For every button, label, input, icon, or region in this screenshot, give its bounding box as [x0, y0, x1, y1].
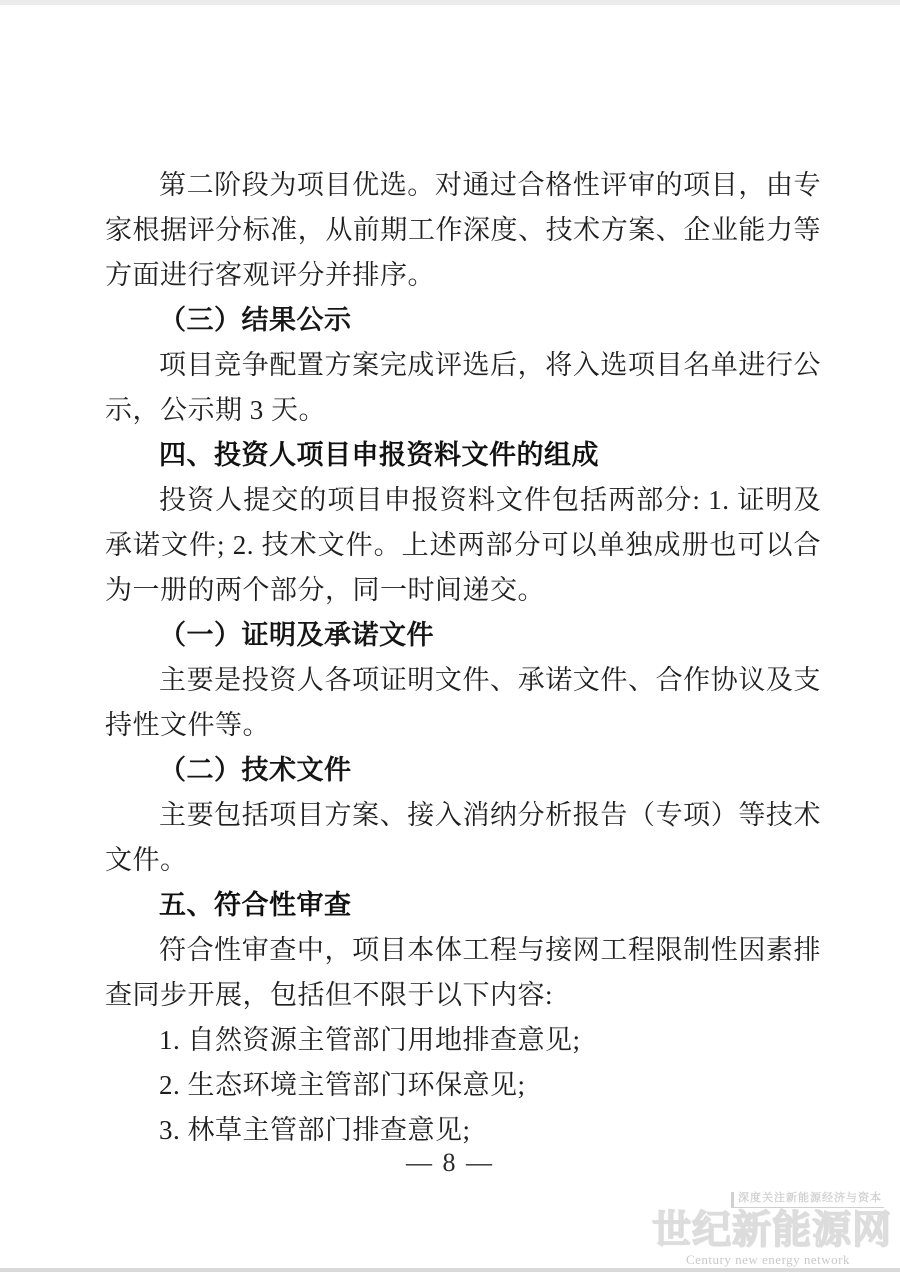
watermark-tagline-row: 深度关注新能源经济与资本	[652, 1189, 884, 1208]
subsection-heading: （二）技术文件	[105, 748, 821, 793]
page-edge-top	[0, 0, 900, 5]
watermark: 深度关注新能源经济与资本 世纪新能源网 Century new energy n…	[652, 1189, 884, 1266]
paragraph: 符合性审查中，项目本体工程与接网工程限制性因素排查同步开展，包括但不限于以下内容…	[105, 928, 821, 1018]
paragraph: 主要包括项目方案、接入消纳分析报告（专项）等技术文件。	[105, 793, 821, 883]
paragraph: 项目竞争配置方案完成评选后，将入选项目名单进行公示，公示期 3 天。	[105, 343, 821, 433]
watermark-site-name-en: Century new energy network	[652, 1253, 884, 1266]
paragraph: 第二阶段为项目优选。对通过合格性评审的项目，由专家根据评分标准，从前期工作深度、…	[105, 163, 821, 298]
paragraph: 主要是投资人各项证明文件、承诺文件、合作协议及支持性文件等。	[105, 658, 821, 748]
list-item: 2. 生态环境主管部门环保意见;	[105, 1063, 821, 1108]
document-body: 第二阶段为项目优选。对通过合格性评审的项目，由专家根据评分标准，从前期工作深度、…	[105, 163, 821, 1153]
watermark-site-name: 世纪新能源网	[652, 1211, 884, 1250]
subsection-heading: （一）证明及承诺文件	[105, 613, 821, 658]
paragraph: 投资人提交的项目申报资料文件包括两部分: 1. 证明及承诺文件; 2. 技术文件…	[105, 478, 821, 613]
list-item: 1. 自然资源主管部门用地排查意见;	[105, 1018, 821, 1063]
watermark-tagline: 深度关注新能源经济与资本	[731, 1192, 884, 1208]
section-heading: 四、投资人项目申报资料文件的组成	[105, 433, 821, 478]
list-item: 3. 林草主管部门排查意见;	[105, 1108, 821, 1153]
document-page: { "page": { "number_label": "— 8 —" }, "…	[0, 0, 900, 1272]
section-heading: 五、符合性审查	[105, 883, 821, 928]
page-number: — 8 —	[0, 1148, 900, 1178]
subsection-heading: （三）结果公示	[105, 298, 821, 343]
page-edge-bottom	[0, 1268, 900, 1272]
